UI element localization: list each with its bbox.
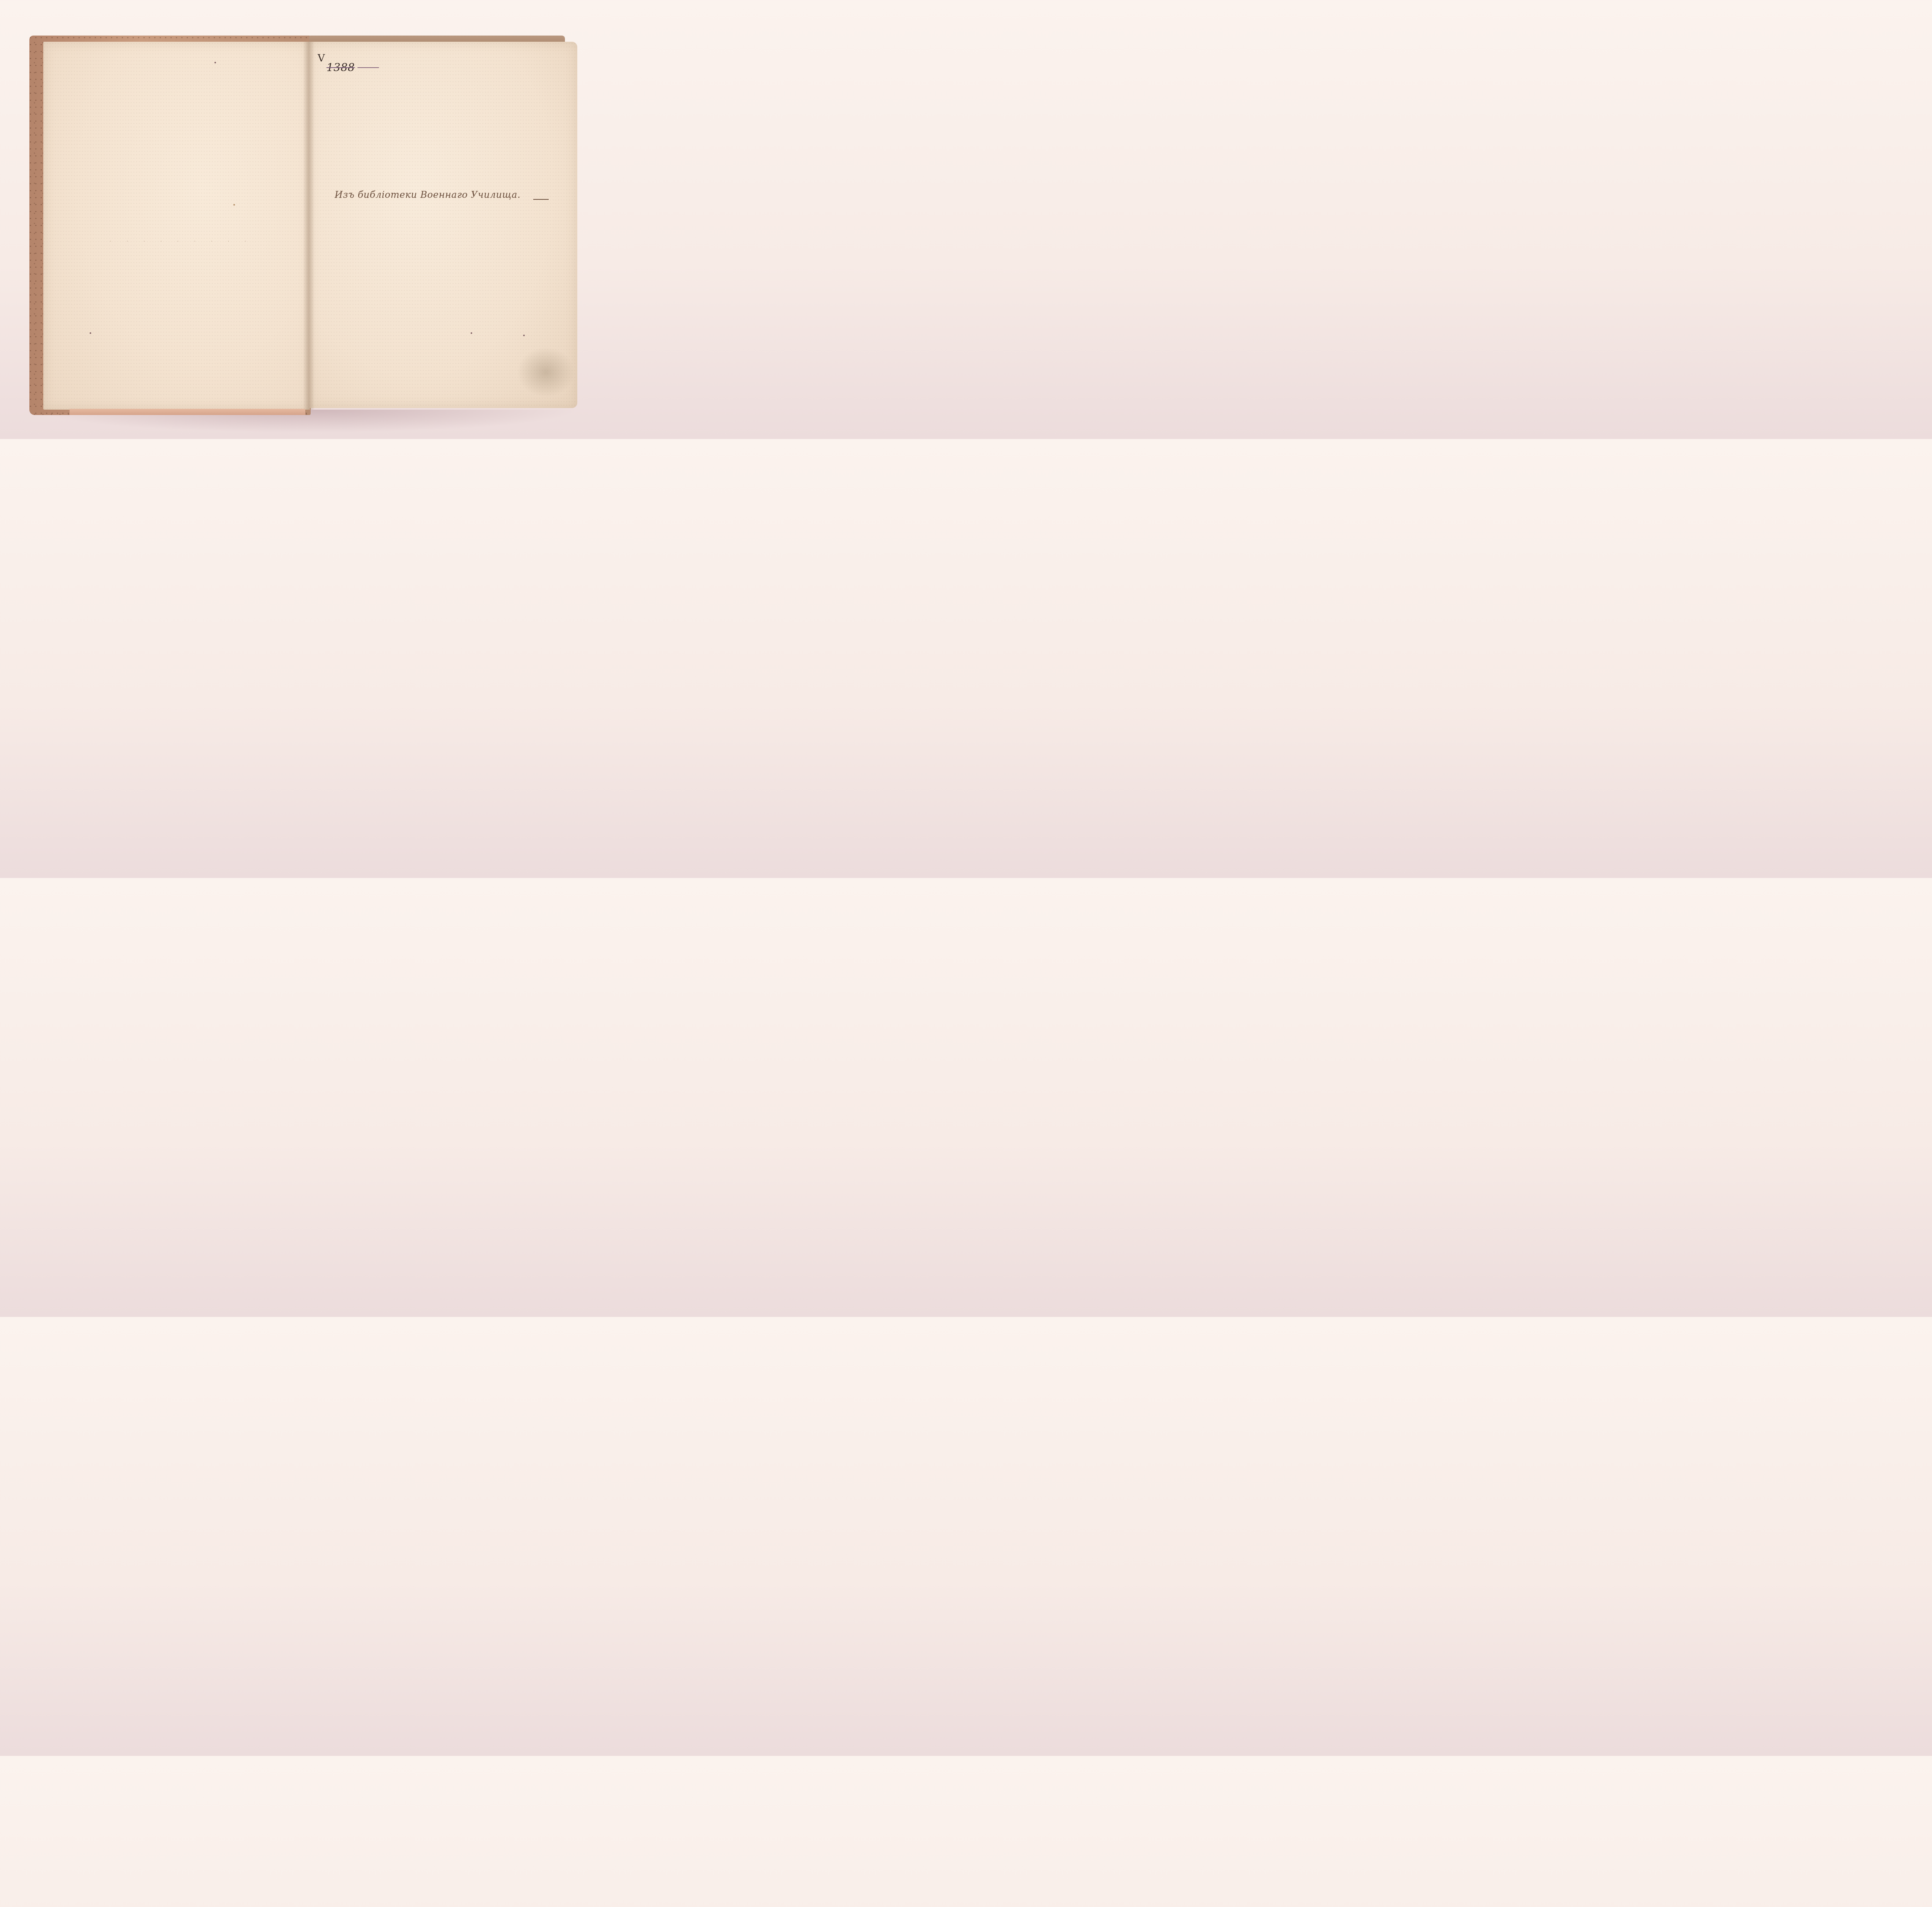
crossed-shelf-number: 1388 <box>327 61 355 74</box>
foxing-spot <box>214 62 216 63</box>
bleed-through-text: · · · · · · · · · <box>110 239 253 244</box>
foxing-spot <box>523 335 525 336</box>
book-photo: · · · · · · · · · V 1388 Изъ библіотеки … <box>0 0 606 439</box>
foxing-spot <box>90 332 91 334</box>
inscription-flourish <box>533 199 549 200</box>
book-gutter <box>303 42 315 410</box>
left-page: · · · · · · · · · <box>43 42 310 410</box>
foxing-spot <box>471 332 472 334</box>
water-stain <box>517 347 575 397</box>
check-mark: V <box>318 53 325 64</box>
bottom-cover-edge <box>70 409 305 415</box>
right-page <box>308 42 577 408</box>
foxing-spot <box>233 204 235 206</box>
pencil-stroke <box>357 67 379 68</box>
library-inscription: Изъ библіотеки Военнаго Училища. <box>335 189 520 200</box>
